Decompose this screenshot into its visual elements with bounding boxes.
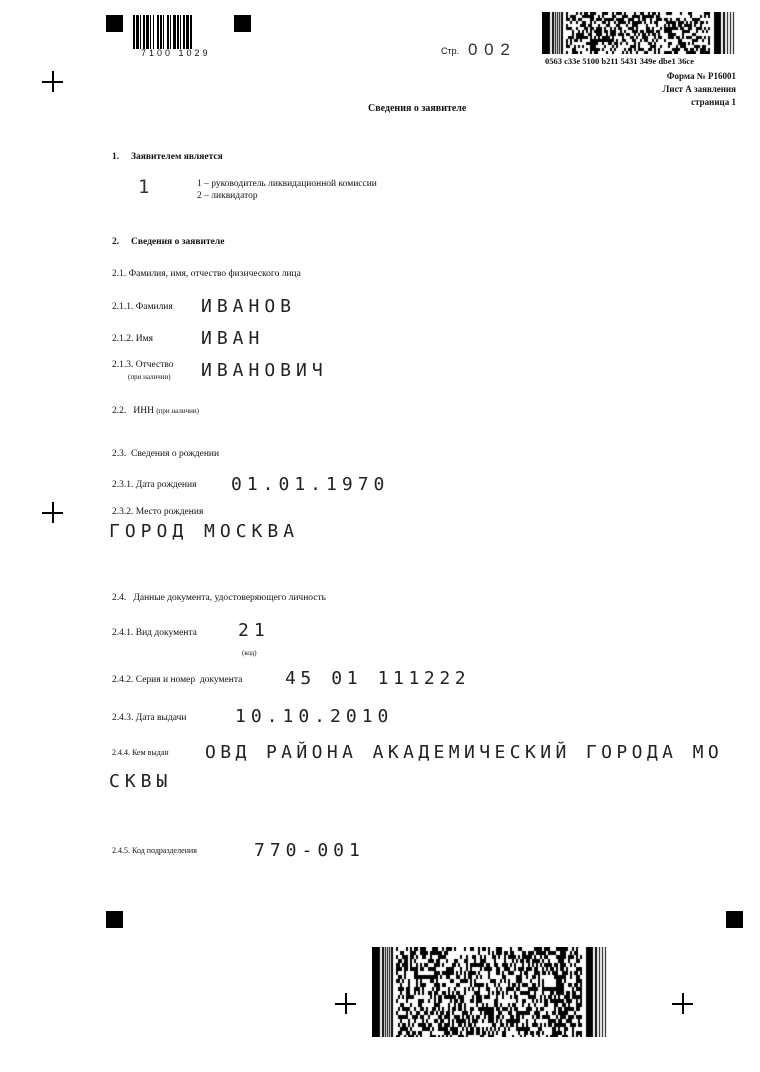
birth-date-label: 2.3.1. Дата рождения — [112, 480, 196, 490]
crosshair-mark — [42, 502, 63, 523]
crosshair-mark — [42, 71, 63, 92]
doc-type-field[interactable]: 21 — [238, 620, 270, 641]
dept-code-field[interactable]: 770-001 — [254, 840, 365, 861]
page-title: Сведения о заявителе — [368, 103, 466, 114]
pdf417-barcode-bottom — [372, 947, 608, 1037]
fio-heading: 2.1. Фамилия, имя, отчество физического … — [112, 269, 301, 279]
patronymic-field[interactable]: ИВАНОВИЧ — [201, 360, 328, 381]
patronymic-note: (при наличии) — [128, 373, 171, 381]
patronymic-label: 2.1.3. Отчество — [112, 360, 174, 370]
issued-by-field-line-1[interactable]: ОВД РАЙОНА АКАДЕМИЧЕСКИЙ ГОРОДА МО — [205, 742, 723, 763]
doc-type-label: 2.4.1. Вид документа — [112, 628, 197, 638]
surname-field[interactable]: ИВАНОВ — [201, 296, 296, 317]
pdf417-barcode-top — [542, 12, 736, 54]
sheet-page: страница 1 — [663, 96, 736, 109]
doc-number-label: 2.4.2. Серия и номер документа — [112, 675, 242, 685]
sheet-label: Лист А заявления — [663, 83, 736, 96]
issued-by-field-line-2[interactable]: СКВЫ — [109, 771, 172, 792]
registration-mark-bottom-right — [726, 911, 743, 928]
issue-date-label: 2.4.3. Дата выдачи — [112, 713, 186, 723]
section-1-heading: 1. Заявителем является — [112, 152, 223, 162]
page-label: Стр. — [441, 46, 459, 56]
registration-mark-top-left — [106, 15, 123, 32]
applicant-type-option-2: 2 – ликвидатор — [197, 191, 258, 201]
surname-label: 2.1.1. Фамилия — [112, 302, 173, 312]
form-number: Форма № Р16001 — [663, 70, 736, 83]
registration-mark-bottom-left — [106, 911, 123, 928]
inn-note: (при наличии) — [156, 407, 199, 415]
inn-label: 2.2. ИНН (при наличии) — [112, 406, 199, 416]
birth-heading: 2.3. Сведения о рождении — [112, 449, 219, 459]
barcode-number: 7100 1029 — [141, 48, 211, 58]
issued-by-label: 2.4.4. Кем выдан — [112, 748, 169, 757]
issue-date-field[interactable]: 10.10.2010 — [235, 706, 393, 727]
birth-place-label: 2.3.2. Место рождения — [112, 507, 203, 517]
pdf417-caption: 0563 c33e 5100 b211 5431 349e dbe1 36ce — [545, 56, 694, 66]
applicant-type-option-1: 1 – руководитель ликвидационной комиссии — [197, 179, 377, 189]
name-field[interactable]: ИВАН — [201, 328, 264, 349]
dept-code-label: 2.4.5. Код подразделения — [112, 846, 197, 855]
doc-type-note: (код) — [242, 649, 257, 657]
name-label: 2.1.2. Имя — [112, 334, 153, 344]
birth-date-field[interactable]: 01.01.1970 — [231, 474, 389, 495]
applicant-type-value: 1 — [138, 176, 149, 198]
form-info: Форма № Р16001 Лист А заявления страница… — [663, 70, 736, 109]
doc-number-field[interactable]: 45 01 111222 — [285, 668, 470, 689]
page-number: 0 0 2 — [468, 40, 511, 60]
linear-barcode — [133, 15, 223, 49]
birth-place-field[interactable]: ГОРОД МОСКВА — [109, 521, 299, 542]
crosshair-mark — [335, 993, 356, 1014]
section-2-heading: 2. Сведения о заявителе — [112, 237, 224, 247]
crosshair-mark — [672, 993, 693, 1014]
registration-mark-top-mid — [234, 15, 251, 32]
id-doc-heading: 2.4. Данные документа, удостоверяющего л… — [112, 593, 326, 603]
inn-label-text: 2.2. ИНН — [112, 406, 154, 416]
